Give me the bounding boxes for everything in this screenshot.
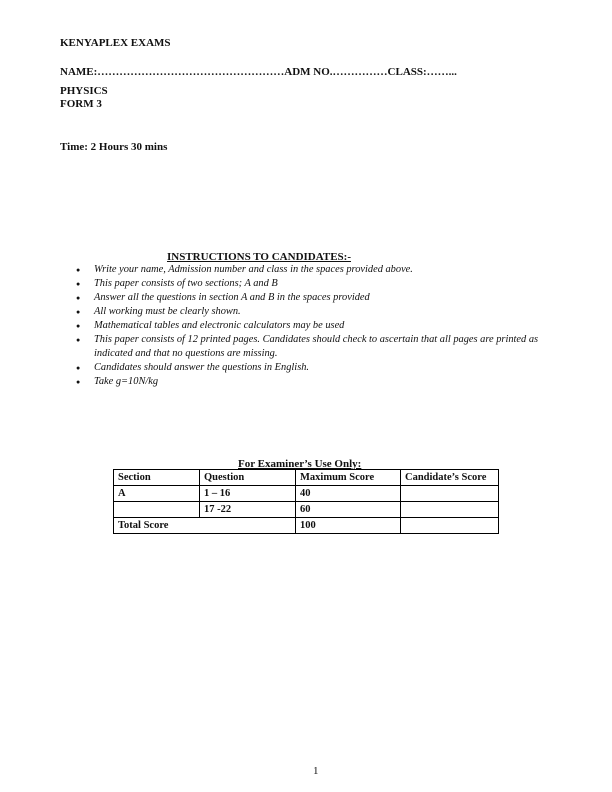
cell-candidate-score[interactable]: [401, 502, 499, 518]
header-question: Question: [200, 470, 296, 486]
exam-duration: Time: 2 Hours 30 mins: [60, 141, 167, 153]
total-max-score: 100: [296, 518, 401, 534]
subject-name: PHYSICS: [60, 85, 108, 98]
instruction-item: Answer all the questions in section A an…: [76, 291, 566, 305]
school-name: KENYAPLEX EXAMS: [60, 37, 171, 49]
instruction-item: Mathematical tables and electronic calcu…: [76, 319, 566, 333]
header-candidate-score: Candidate’s Score: [401, 470, 499, 486]
cell-max-score: 40: [296, 486, 401, 502]
instruction-item: This paper consists of 12 printed pages.…: [76, 333, 566, 361]
student-details-line: NAME:……………………………………………ADM NO.……………CLASS:…: [60, 66, 457, 78]
subject-block: PHYSICS FORM 3: [60, 85, 108, 111]
instruction-item: Write your name, Admission number and cl…: [76, 263, 566, 277]
instructions-list: Write your name, Admission number and cl…: [76, 263, 566, 389]
header-section: Section: [114, 470, 200, 486]
header-max-score: Maximum Score: [296, 470, 401, 486]
total-candidate-score[interactable]: [401, 518, 499, 534]
examiner-score-table: Section Question Maximum Score Candidate…: [113, 469, 499, 534]
instruction-item: All working must be clearly shown.: [76, 305, 566, 319]
instructions-title: INSTRUCTIONS TO CANDIDATES:-: [167, 251, 351, 263]
instruction-item: Candidates should answer the questions i…: [76, 361, 566, 375]
table-row: 17 -22 60: [114, 502, 499, 518]
table-row: A 1 – 16 40: [114, 486, 499, 502]
total-label: Total Score: [114, 518, 296, 534]
form-level: FORM 3: [60, 98, 108, 111]
page-number: 1: [313, 765, 319, 777]
table-header-row: Section Question Maximum Score Candidate…: [114, 470, 499, 486]
instruction-item: This paper consists of two sections; A a…: [76, 277, 566, 291]
cell-question: 1 – 16: [200, 486, 296, 502]
cell-section: [114, 502, 200, 518]
cell-section: A: [114, 486, 200, 502]
total-row: Total Score 100: [114, 518, 499, 534]
cell-max-score: 60: [296, 502, 401, 518]
cell-question: 17 -22: [200, 502, 296, 518]
instruction-item: Take g=10N/kg: [76, 375, 566, 389]
cell-candidate-score[interactable]: [401, 486, 499, 502]
